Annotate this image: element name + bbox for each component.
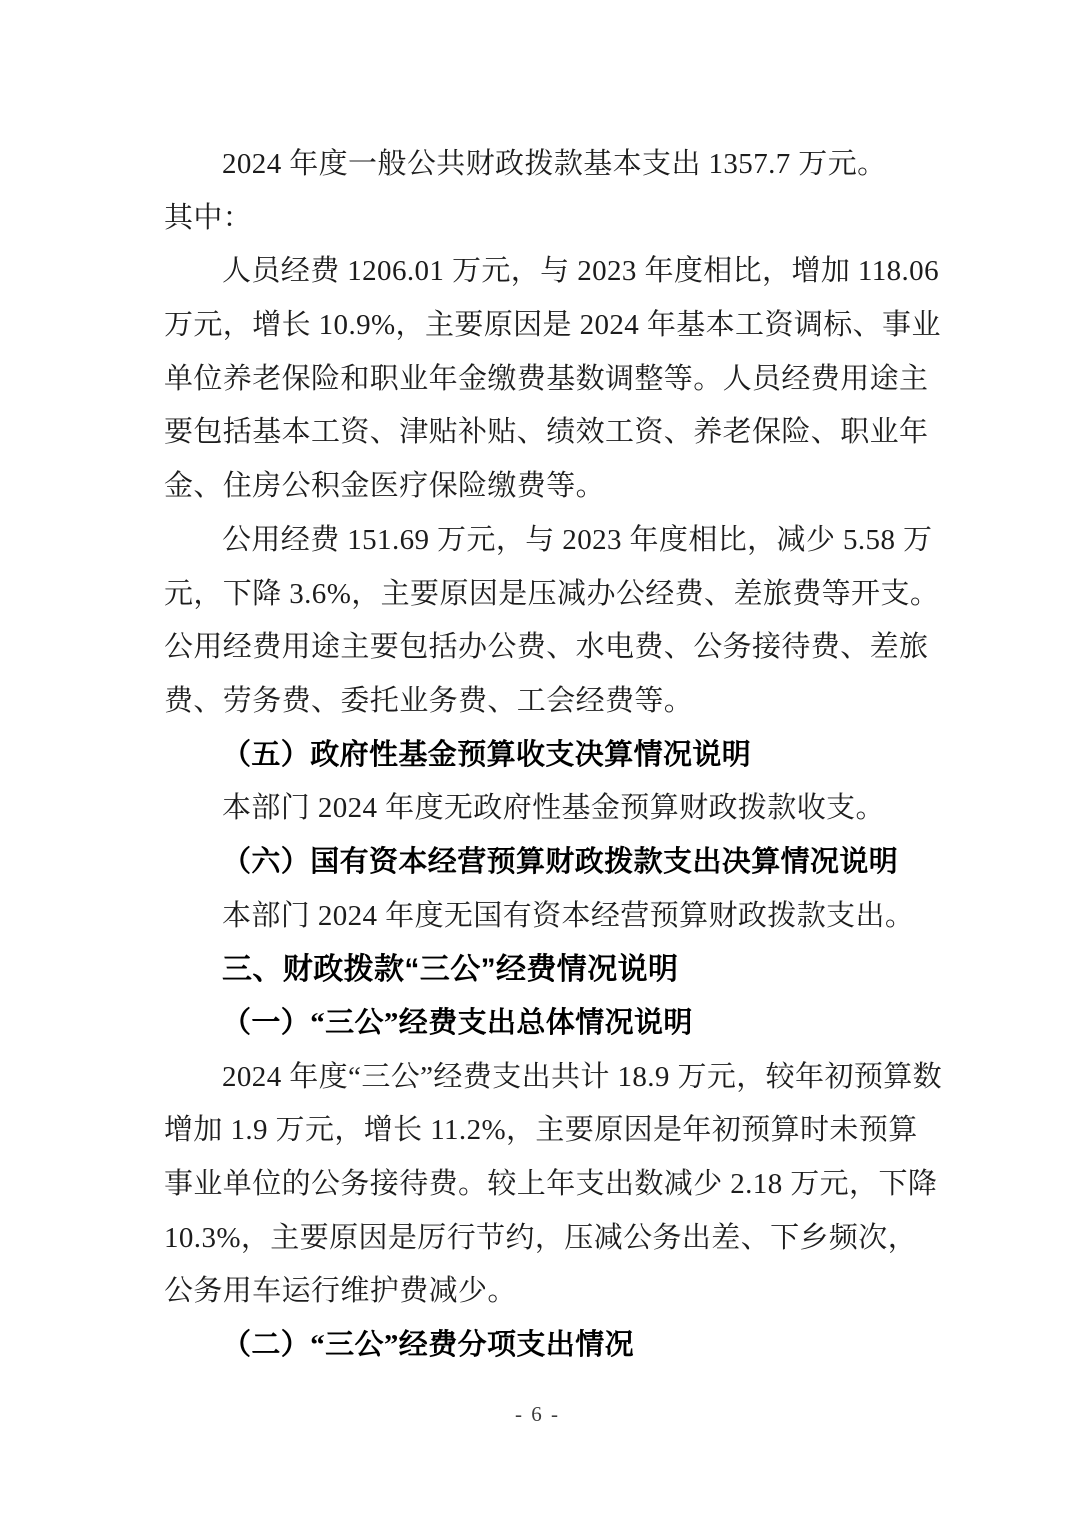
text-line: 2024 年度“三公”经费支出共计 18.9 万元，较年初预算数 (164, 1051, 912, 1105)
text-line: 增加 1.9 万元，增长 11.2%，主要原因是年初预算时未预算 (164, 1104, 912, 1158)
text-line: 公用经费用途主要包括办公费、水电费、公务接待费、差旅 (164, 621, 912, 675)
heading-subsection-2: （二）“三公”经费分项支出情况 (164, 1319, 912, 1373)
text-line: 金、住房公积金医疗保险缴费等。 (164, 460, 912, 514)
text-line: 本部门 2024 年度无政府性基金预算财政拨款收支。 (164, 782, 912, 836)
document-body: 2024 年度一般公共财政拨款基本支出 1357.7 万元。 其中： 人员经费 … (164, 138, 912, 1373)
text-line: 单位养老保险和职业年金缴费基数调整等。人员经费用途主 (164, 353, 912, 407)
text-line: 公用经费 151.69 万元，与 2023 年度相比，减少 5.58 万 (164, 514, 912, 568)
text-line: 2024 年度一般公共财政拨款基本支出 1357.7 万元。 (164, 138, 912, 192)
text-line: 10.3%，主要原因是厉行节约，压减公务出差、下乡频次， (164, 1212, 912, 1266)
text-line: 公务用车运行维护费减少。 (164, 1265, 912, 1319)
text-line: 要包括基本工资、津贴补贴、绩效工资、养老保险、职业年 (164, 406, 912, 460)
heading-section-6: （六）国有资本经营预算财政拨款支出决算情况说明 (164, 836, 912, 890)
document-page: { "document": { "lines": [ "2024 年度一般公共财… (0, 0, 1075, 1520)
heading-part-3: 三、财政拨款“三公”经费情况说明 (164, 943, 912, 997)
text-line: 本部门 2024 年度无国有资本经营预算财政拨款支出。 (164, 890, 912, 944)
page-number: - 6 - (0, 1402, 1075, 1427)
text-line: 万元，增长 10.9%，主要原因是 2024 年基本工资调标、事业 (164, 299, 912, 353)
heading-section-5: （五）政府性基金预算收支决算情况说明 (164, 729, 912, 783)
text-line: 费、劳务费、委托业务费、工会经费等。 (164, 675, 912, 729)
text-line: 事业单位的公务接待费。较上年支出数减少 2.18 万元，下降 (164, 1158, 912, 1212)
text-line: 元，下降 3.6%，主要原因是压减办公经费、差旅费等开支。 (164, 568, 912, 622)
heading-subsection-1: （一）“三公”经费支出总体情况说明 (164, 997, 912, 1051)
text-line: 其中： (164, 192, 912, 246)
text-line: 人员经费 1206.01 万元，与 2023 年度相比，增加 118.06 (164, 245, 912, 299)
